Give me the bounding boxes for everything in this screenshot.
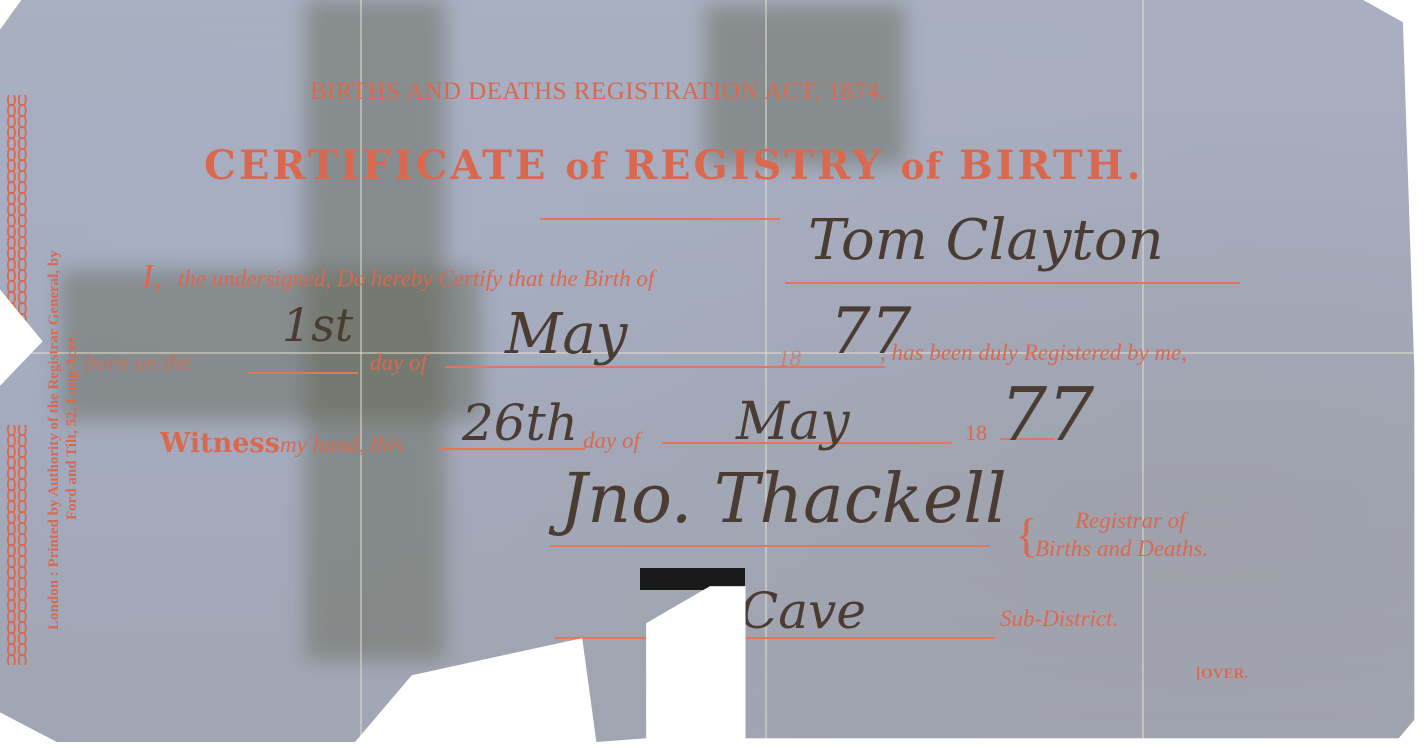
line2-day-of-text: day of	[370, 350, 427, 376]
child-name-handwritten: Tom Clayton	[808, 208, 1164, 273]
title-word-certificate: CERTIFICATE	[204, 142, 548, 189]
registrar-label-1: Registrar of	[1075, 508, 1186, 534]
registrar-signature-line	[550, 545, 990, 547]
fold-line-vertical-3	[1142, 0, 1144, 742]
torn-hole-shadow	[640, 568, 745, 590]
birth-day-handwritten: 1st	[282, 298, 353, 352]
line2-registered-text: , has been duly Registered by me,	[880, 340, 1187, 366]
sub-district-handwritten: Cave	[740, 582, 866, 640]
decorative-border-bottom: OOOOOOOOOOOOOOOOOOOOOOOOOOOOOOOOOOOOOOOO…	[6, 425, 28, 665]
registrar-signature: Jno. Thackell	[560, 460, 1007, 539]
witness-day-of-text: day of	[583, 428, 640, 454]
fold-line-horizontal	[0, 352, 1420, 354]
certificate-paper: OOOOOOOOOOOOOOOOOOOOOOOOOOOOOOOOOOOOOOOO…	[0, 0, 1420, 742]
witness-month-handwritten: May	[736, 392, 850, 452]
sub-district-label: Sub-District.	[1000, 606, 1118, 632]
certificate-title: CERTIFICATE of REGISTRY of BIRTH.	[204, 142, 1144, 189]
witness-label: Witness	[160, 428, 280, 459]
title-underline	[540, 218, 780, 220]
over-mark: [OVER.	[1196, 666, 1248, 683]
title-word-of-2: of	[901, 146, 943, 188]
water-stain-horizontal	[60, 270, 480, 420]
decorative-border-top: OOOOOOOOOOOOOOOOOOOOOOOOOOOOOOOOOOOOOOOO…	[6, 95, 28, 325]
act-heading: BIRTHS AND DEATHS REGISTRATION ACT, 1874…	[310, 78, 886, 106]
witness-day-handwritten: 26th	[462, 394, 578, 452]
fold-line-vertical-1	[360, 0, 362, 742]
line2-born-on-text: born on the	[85, 350, 191, 376]
birth-day-line	[248, 372, 358, 374]
child-name-line	[785, 282, 1240, 284]
birth-year-prefix: 18	[778, 346, 801, 372]
line1-prefix: I,	[142, 258, 162, 296]
line1-certify-text: the undersigned, Do hereby Certify that …	[178, 266, 654, 292]
title-word-of: of	[565, 146, 607, 188]
title-word-registry: REGISTRY	[624, 142, 884, 189]
witness-hand-text: my hand, this	[280, 432, 403, 458]
printer-imprint-line-1: London : Printed by Authority of the Reg…	[46, 250, 63, 630]
witness-year-prefix: 18	[965, 420, 987, 446]
witness-year-handwritten: 77	[1000, 372, 1094, 458]
registrar-label-2: Births and Deaths.	[1035, 536, 1208, 562]
title-word-birth: BIRTH.	[959, 142, 1144, 189]
birth-month-handwritten: May	[505, 302, 627, 367]
printer-imprint-line-2: Ford and Tilt, 52, Long Acre.	[64, 333, 81, 520]
